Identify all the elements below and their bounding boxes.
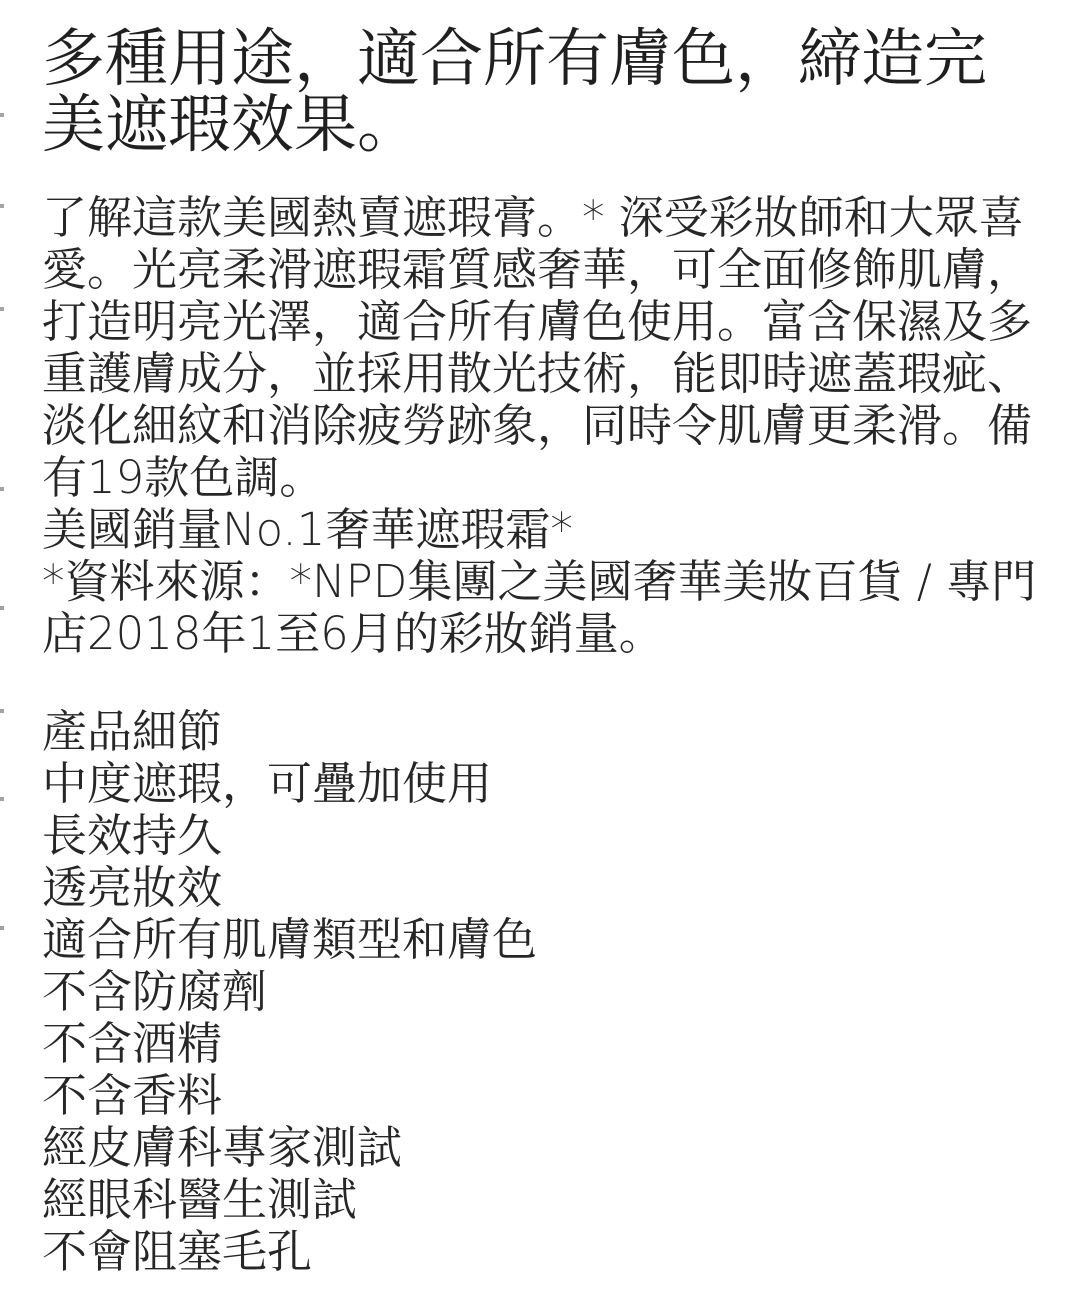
edge-artifact — [0, 797, 4, 801]
product-description-page: { "colors": { "background": "#ffffff", "… — [0, 0, 1079, 1290]
product-detail-item: 不含防腐劑 — [42, 966, 1041, 1018]
edge-artifact — [0, 204, 4, 208]
page-title: 多種用途，適合所有膚色，締造完 美遮瑕效果。 — [42, 26, 1041, 158]
edge-artifact — [0, 113, 4, 117]
product-detail-item: 長效持久 — [42, 810, 1041, 862]
edge-artifact — [0, 487, 4, 491]
product-detail-item: 中度遮瑕，可疊加使用 — [42, 758, 1041, 810]
product-detail-item: 不會阻塞毛孔 — [42, 1226, 1041, 1278]
product-description-section: 多種用途，適合所有膚色，締造完 美遮瑕效果。 了解這款美國熱賣遮瑕膏。* 深受彩… — [0, 0, 1079, 1278]
description-line: 重護膚成分，並採用散光技術，能即時遮蓋瑕疵、 — [42, 348, 1041, 400]
page-title-line: 美遮瑕效果。 — [42, 92, 1041, 158]
product-details-title: 產品細節 — [42, 706, 1041, 758]
product-detail-item: 經皮膚科專家測試 — [42, 1122, 1041, 1174]
edge-artifact — [0, 307, 4, 311]
description-line: 打造明亮光澤，適合所有膚色使用。富含保濕及多 — [42, 296, 1041, 348]
edge-artifact — [0, 606, 4, 610]
page-title-line: 多種用途，適合所有膚色，締造完 — [42, 26, 1041, 92]
product-detail-item: 不含香料 — [42, 1070, 1041, 1122]
product-detail-item: 透亮妝效 — [42, 862, 1041, 914]
edge-artifact — [0, 926, 4, 930]
product-detail-item: 適合所有肌膚類型和膚色 — [42, 914, 1041, 966]
product-details-list: 產品細節 中度遮瑕，可疊加使用 長效持久 透亮妝效 適合所有肌膚類型和膚色 不含… — [42, 706, 1041, 1278]
product-description-text: 了解這款美國熱賣遮瑕膏。* 深受彩妝師和大眾喜 愛。光亮柔滑遮瑕霜質感奢華，可全… — [42, 192, 1041, 660]
product-detail-item: 經眼科醫生測試 — [42, 1174, 1041, 1226]
source-attribution-line: 店2018年1至6月的彩妝銷量。 — [42, 608, 1041, 660]
description-line: 有19款色調。 — [42, 452, 1041, 504]
sales-claim-line: 美國銷量No.1奢華遮瑕霜* — [42, 504, 1041, 556]
source-attribution-line: *資料來源：*NPD集團之美國奢華美妝百貨 / 專門 — [42, 556, 1041, 608]
description-line: 了解這款美國熱賣遮瑕膏。* 深受彩妝師和大眾喜 — [42, 192, 1041, 244]
product-detail-item: 不含酒精 — [42, 1018, 1041, 1070]
edge-artifact — [0, 709, 4, 713]
description-line: 淡化細紋和消除疲勞跡象，同時令肌膚更柔滑。備 — [42, 400, 1041, 452]
description-line: 愛。光亮柔滑遮瑕霜質感奢華，可全面修飾肌膚， — [42, 244, 1041, 296]
